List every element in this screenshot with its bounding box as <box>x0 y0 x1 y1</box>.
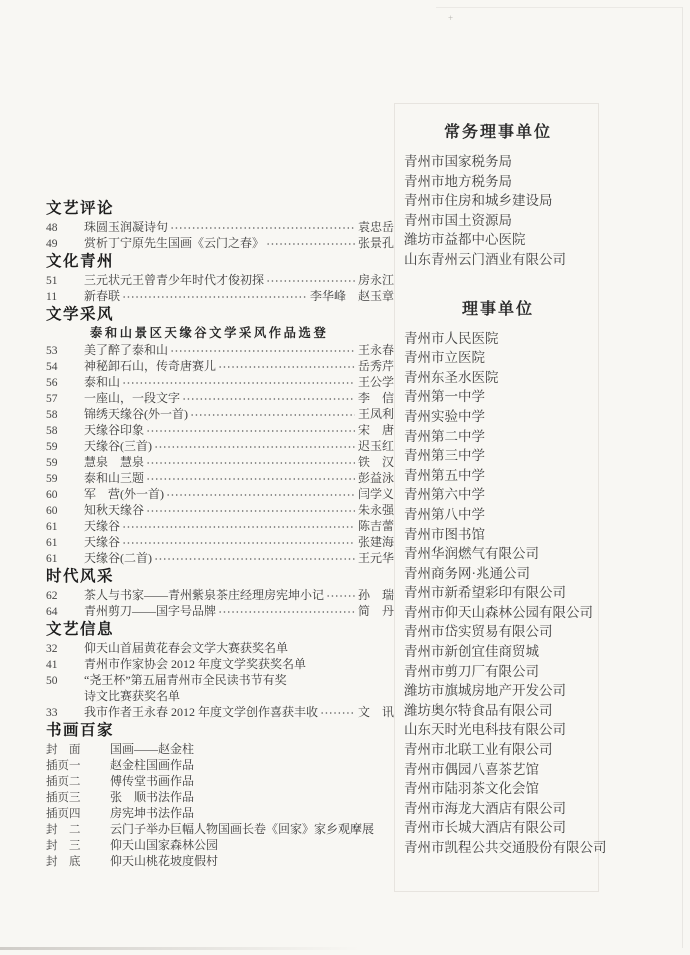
toc-entry: 插页三张 顺书法作品 <box>46 789 394 805</box>
directory-item: 青州市住房和城乡建设局 <box>404 191 598 211</box>
council-directory-box: 常务理事单位青州市国家税务局青州市地方税务局青州市住房和城乡建设局青州市国土资源… <box>394 103 599 892</box>
entry-title: 泰和山三题 <box>84 470 144 486</box>
toc-entry: 插页一赵金柱国画作品 <box>46 757 394 773</box>
toc-entry: 48珠圆玉润凝诗句袁忠岳 <box>46 219 394 235</box>
toc-entry: 11新春联李华峰 赵玉章 <box>46 288 394 304</box>
page-number: 60 <box>46 487 84 503</box>
entry-title: 三元状元王曾青少年时代才俊初探 <box>84 272 264 288</box>
section-title: 文艺评论 <box>46 198 394 219</box>
entry-authors: 袁忠岳 <box>358 219 394 235</box>
page-number: 61 <box>46 519 84 535</box>
section-title: 书画百家 <box>46 720 394 741</box>
entry-title: 青州市作家协会 2012 年度文学奖获奖名单 <box>84 656 306 672</box>
page-number: 48 <box>46 220 84 236</box>
table-of-contents: 文艺评论48珠圆玉润凝诗句袁忠岳49赏析丁宁原先生国画《云门之春》张景孔文化青州… <box>46 198 394 869</box>
section-title: 文学采风 <box>46 304 394 325</box>
entry-title: “尧王杯”第五届青州市全民读书节有奖 <box>84 672 287 688</box>
dot-leader <box>320 704 355 720</box>
registration-mark: + <box>448 13 453 23</box>
entry-authors: 闫学义 <box>358 486 394 502</box>
toc-entry: 插页二傅传堂书画作品 <box>46 773 394 789</box>
toc-entry: 诗文比赛获奖名单 <box>46 688 394 704</box>
dot-leader <box>182 390 355 406</box>
page-number: 58 <box>46 423 84 439</box>
dot-leader <box>266 272 355 288</box>
entry-title: 赏析丁宁原先生国画《云门之春》 <box>84 235 264 251</box>
toc-entry: 32仰天山首届黄花春会文学大赛获奖名单 <box>46 640 394 656</box>
entry-title: 傅传堂书画作品 <box>110 773 194 789</box>
page-number: 58 <box>46 407 84 423</box>
directory-item: 潍坊市益都中心医院 <box>404 230 598 250</box>
directory-item: 青州市岱实贸易有限公司 <box>404 622 598 642</box>
toc-entry: 57一座山，一段文字李 信 <box>46 390 394 406</box>
toc-section: 时代风采62茶人与书家——青州紫泉茶庄经理房宪坤小记孙 瑞64青州剪刀——国字号… <box>46 566 394 619</box>
entry-authors: 张景孔 <box>358 235 394 251</box>
entry-authors: 王凤利 <box>358 406 394 422</box>
toc-entry: 50“尧王杯”第五届青州市全民读书节有奖 <box>46 672 394 688</box>
entry-title: 青州剪刀——国字号品牌 <box>84 603 216 619</box>
entry-title: 神秘卸石山，传奇唐赛儿 <box>84 358 216 374</box>
entry-authors: 迟玉红 <box>358 438 394 454</box>
directory-item: 潍坊奥尔特食品有限公司 <box>404 701 598 721</box>
directory-item: 青州第六中学 <box>404 485 598 505</box>
entry-authors: 王永春 <box>358 342 394 358</box>
directory-item: 青州第二中学 <box>404 427 598 447</box>
entry-title: 慧泉 慧泉 <box>84 454 144 470</box>
page-number: 11 <box>46 289 84 305</box>
directory-item: 青州市偶园八喜茶艺馆 <box>404 760 598 780</box>
entry-title: 天缘谷 <box>84 534 120 550</box>
dot-leader <box>218 358 355 374</box>
entry-title: 诗文比赛获奖名单 <box>84 688 180 704</box>
entry-title: 赵金柱国画作品 <box>110 757 194 773</box>
page-number: 59 <box>46 471 84 487</box>
entry-authors: 简 丹 <box>358 603 394 619</box>
directory-item: 青州市凯程公共交通股份有限公司 <box>404 838 598 858</box>
toc-entry: 58锦绣天缘谷(外一首)王凤利 <box>46 406 394 422</box>
directory-item: 青州东圣水医院 <box>404 368 598 388</box>
toc-entry: 64青州剪刀——国字号品牌简 丹 <box>46 603 394 619</box>
page-number: 64 <box>46 604 84 620</box>
toc-entry: 53美了醉了泰和山王永春 <box>46 342 394 358</box>
entry-authors: 彭益泳 <box>358 470 394 486</box>
page-edge-right <box>682 7 683 948</box>
page-number: 封 二 <box>46 822 110 838</box>
toc-entry: 60军 营(外一首)闫学义 <box>46 486 394 502</box>
toc-entry: 54神秘卸石山，传奇唐赛儿岳秀芹 <box>46 358 394 374</box>
page-number: 封 三 <box>46 838 110 854</box>
toc-entry: 插页四房宪坤书法作品 <box>46 805 394 821</box>
dot-leader <box>122 534 355 550</box>
directory-group: 常务理事单位青州市国家税务局青州市地方税务局青州市住房和城乡建设局青州市国土资源… <box>404 122 598 270</box>
page-edge-top <box>436 7 683 8</box>
directory-group: 理事单位青州市人民医院青州市立医院青州东圣水医院青州第一中学青州实验中学青州第二… <box>404 299 598 858</box>
page-number: 60 <box>46 503 84 519</box>
entry-title: 泰和山 <box>84 374 120 390</box>
directory-heading: 常务理事单位 <box>404 122 592 144</box>
entry-authors: 王公学 <box>358 374 394 390</box>
toc-entry: 51三元状元王曾青少年时代才俊初探房永江 <box>46 272 394 288</box>
dot-leader <box>122 288 307 304</box>
entry-authors: 陈吉蕾 <box>358 518 394 534</box>
section-title: 文化青州 <box>46 251 394 272</box>
directory-item: 青州第八中学 <box>404 505 598 525</box>
directory-item: 青州市立医院 <box>404 348 598 368</box>
page-number: 57 <box>46 391 84 407</box>
entry-title: 美了醉了泰和山 <box>84 342 168 358</box>
dot-leader <box>122 518 355 534</box>
directory-item: 山东青州云门酒业有限公司 <box>404 250 598 270</box>
page-number: 插页四 <box>46 806 110 822</box>
entry-authors: 李华峰 赵玉章 <box>310 288 394 304</box>
page-number: 53 <box>46 343 84 359</box>
entry-authors: 岳秀芹 <box>358 358 394 374</box>
entry-title: 新春联 <box>84 288 120 304</box>
page-number: 62 <box>46 588 84 604</box>
toc-entry: 封 面国画——赵金柱 <box>46 741 394 757</box>
page-number: 54 <box>46 359 84 375</box>
toc-section: 书画百家封 面国画——赵金柱插页一赵金柱国画作品插页二傅传堂书画作品插页三张 顺… <box>46 720 394 869</box>
entry-title: 军 营(外一首) <box>84 486 164 502</box>
entry-title: 天缘谷(二首) <box>84 550 152 566</box>
entry-authors: 朱永强 <box>358 502 394 518</box>
toc-entry: 62茶人与书家——青州紫泉茶庄经理房宪坤小记孙 瑞 <box>46 587 394 603</box>
entry-authors: 铁 汉 <box>358 454 394 470</box>
directory-item: 青州市长城大酒店有限公司 <box>404 818 598 838</box>
section-title: 文艺信息 <box>46 619 394 640</box>
dot-leader <box>146 470 355 486</box>
toc-entry: 33我市作者王永春 2012 年度文学创作喜获丰收文 讯 <box>46 704 394 720</box>
page-number: 50 <box>46 673 84 689</box>
toc-entry: 封 三仰天山国家森林公园 <box>46 837 394 853</box>
directory-item: 青州华润燃气有限公司 <box>404 544 598 564</box>
toc-entry: 60知秋天缘谷朱永强 <box>46 502 394 518</box>
page-number: 插页一 <box>46 758 110 774</box>
directory-item: 青州市新创宜佳商贸城 <box>404 642 598 662</box>
dot-leader <box>146 502 355 518</box>
directory-item: 青州市剪刀厂有限公司 <box>404 662 598 682</box>
dot-leader <box>170 219 355 235</box>
entry-title: 房宪坤书法作品 <box>110 805 194 821</box>
directory-item: 青州实验中学 <box>404 407 598 427</box>
dot-leader <box>166 486 355 502</box>
page-edge-bottom-shadow <box>0 947 360 950</box>
page-number: 封 面 <box>46 742 110 758</box>
page-number: 51 <box>46 273 84 289</box>
page-number: 59 <box>46 439 84 455</box>
toc-section: 文化青州51三元状元王曾青少年时代才俊初探房永江11新春联李华峰 赵玉章 <box>46 251 394 304</box>
entry-title: 知秋天缘谷 <box>84 502 144 518</box>
entry-authors: 王元华 <box>358 550 394 566</box>
dot-leader <box>146 454 355 470</box>
dot-leader <box>154 550 355 566</box>
directory-item: 青州市人民医院 <box>404 329 598 349</box>
directory-item: 青州市海龙大酒店有限公司 <box>404 799 598 819</box>
toc-entry: 61天缘谷(二首)王元华 <box>46 550 394 566</box>
directory-item: 青州市新希望彩印有限公司 <box>404 583 598 603</box>
toc-entry: 59天缘谷(三首)迟玉红 <box>46 438 394 454</box>
dot-leader <box>122 374 355 390</box>
page-number: 61 <box>46 535 84 551</box>
toc-section: 文艺信息32仰天山首届黄花春会文学大赛获奖名单41青州市作家协会 2012 年度… <box>46 619 394 720</box>
directory-item: 青州第一中学 <box>404 387 598 407</box>
entry-title: 天缘谷(三首) <box>84 438 152 454</box>
directory-item: 青州市国土资源局 <box>404 211 598 231</box>
page-number: 封 底 <box>46 854 110 870</box>
entry-title: 国画——赵金柱 <box>110 741 194 757</box>
dot-leader <box>326 587 355 603</box>
directory-item: 青州市仰天山森林公园有限公司 <box>404 603 598 623</box>
directory-item: 青州市陆羽茶文化会馆 <box>404 779 598 799</box>
entry-authors: 孙 瑞 <box>358 587 394 603</box>
toc-entry: 58天缘谷印象宋 唐 <box>46 422 394 438</box>
entry-title: 仰天山国家森林公园 <box>110 837 218 853</box>
page-number: 33 <box>46 705 84 721</box>
directory-item: 山东天时光电科技有限公司 <box>404 720 598 740</box>
toc-section: 文学采风泰和山景区天缘谷文学采风作品选登53美了醉了泰和山王永春54神秘卸石山，… <box>46 304 394 566</box>
entry-authors: 宋 唐 <box>358 422 394 438</box>
entry-title: 珠圆玉润凝诗句 <box>84 219 168 235</box>
toc-entry: 59慧泉 慧泉铁 汉 <box>46 454 394 470</box>
page-number: 插页三 <box>46 790 110 806</box>
section-subtitle: 泰和山景区天缘谷文学采风作品选登 <box>46 325 394 342</box>
entry-authors: 文 讯 <box>358 704 394 720</box>
directory-item: 青州市北联工业有限公司 <box>404 740 598 760</box>
toc-entry: 59泰和山三题彭益泳 <box>46 470 394 486</box>
toc-entry: 56泰和山王公学 <box>46 374 394 390</box>
entry-title: 天缘谷 <box>84 518 120 534</box>
page-number: 59 <box>46 455 84 471</box>
entry-title: 仰天山桃花坡度假村 <box>110 853 218 869</box>
toc-entry: 41青州市作家协会 2012 年度文学奖获奖名单 <box>46 656 394 672</box>
directory-heading: 理事单位 <box>404 299 592 321</box>
page-number: 41 <box>46 657 84 673</box>
dot-leader <box>218 603 355 619</box>
directory-item: 青州商务网·兆通公司 <box>404 564 598 584</box>
toc-entry: 封 底仰天山桃花坡度假村 <box>46 853 394 869</box>
toc-entry: 49赏析丁宁原先生国画《云门之春》张景孔 <box>46 235 394 251</box>
toc-entry: 61天缘谷陈吉蕾 <box>46 518 394 534</box>
page-number: 56 <box>46 375 84 391</box>
toc-entry: 61天缘谷张建海 <box>46 534 394 550</box>
page-number: 32 <box>46 641 84 657</box>
entry-title: 我市作者王永春 2012 年度文学创作喜获丰收 <box>84 704 318 720</box>
toc-section: 文艺评论48珠圆玉润凝诗句袁忠岳49赏析丁宁原先生国画《云门之春》张景孔 <box>46 198 394 251</box>
entry-title: 锦绣天缘谷(外一首) <box>84 406 188 422</box>
entry-title: 云门子举办巨幅人物国画长卷《回家》家乡观摩展 <box>110 821 374 837</box>
directory-item: 潍坊市旗城房地产开发公司 <box>404 681 598 701</box>
toc-entry: 封 二云门子举办巨幅人物国画长卷《回家》家乡观摩展 <box>46 821 394 837</box>
entry-authors: 张建海 <box>358 534 394 550</box>
entry-authors: 李 信 <box>358 390 394 406</box>
entry-title: 天缘谷印象 <box>84 422 144 438</box>
directory-item: 青州市地方税务局 <box>404 172 598 192</box>
directory-item: 青州市国家税务局 <box>404 152 598 172</box>
dot-leader <box>190 406 355 422</box>
page-number: 49 <box>46 236 84 252</box>
page-number: 61 <box>46 551 84 567</box>
entry-title: 仰天山首届黄花春会文学大赛获奖名单 <box>84 640 288 656</box>
dot-leader <box>146 422 355 438</box>
dot-leader <box>266 235 355 251</box>
page-number: 插页二 <box>46 774 110 790</box>
directory-item: 青州第三中学 <box>404 446 598 466</box>
section-title: 时代风采 <box>46 566 394 587</box>
dot-leader <box>154 438 355 454</box>
dot-leader <box>170 342 355 358</box>
directory-item: 青州市图书馆 <box>404 525 598 545</box>
entry-title: 一座山，一段文字 <box>84 390 180 406</box>
entry-authors: 房永江 <box>358 272 394 288</box>
entry-title: 茶人与书家——青州紫泉茶庄经理房宪坤小记 <box>84 587 324 603</box>
entry-title: 张 顺书法作品 <box>110 789 194 805</box>
directory-item: 青州第五中学 <box>404 466 598 486</box>
